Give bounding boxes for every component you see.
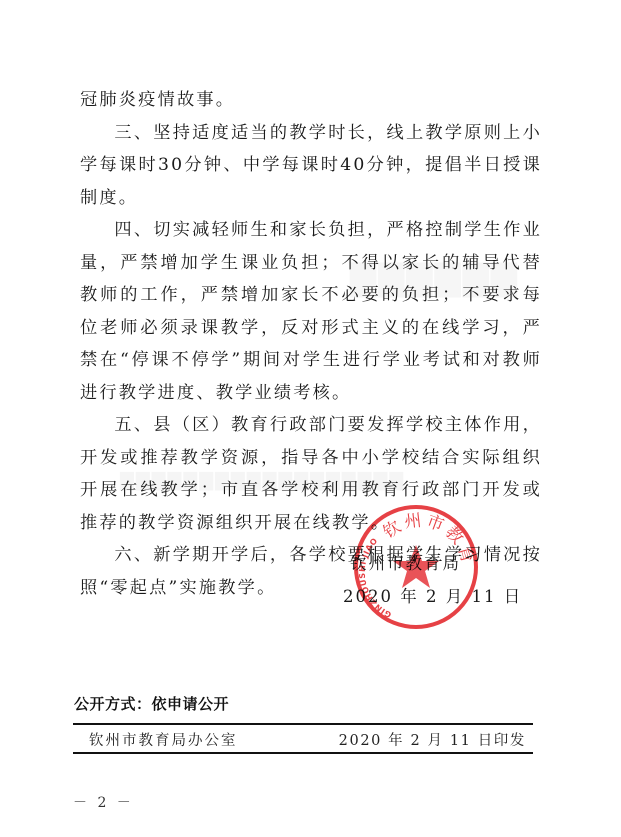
paragraph: 冠肺炎疫情故事。: [80, 84, 542, 117]
footer-divider-bottom: [73, 752, 533, 754]
official-seal-icon: 钦州市教育局 GINZHOUSHI JIAOYUJU: [352, 503, 480, 631]
issuing-office: 钦州市教育局办公室: [89, 729, 238, 750]
issue-date: 2020 年 2 月 11 日印发: [339, 729, 526, 750]
page-number: － 2 －: [73, 792, 134, 812]
document-page: ▇▇▇▇▇▇ ▇▇▇▇▇▇▇▇▇▇▇▇▇▇▇▇▇▇ 冠肺炎疫情故事。 三、坚持适…: [0, 0, 621, 837]
footer-divider-top: [73, 723, 533, 725]
disclosure-method: 公开方式：依申请公开: [74, 693, 229, 714]
paragraph: 三、坚持适度适当的教学时长，线上教学原则上小学每课时30分钟、中学每课时40分钟…: [80, 117, 542, 215]
paragraph: 四、切实减轻师生和家长负担，严格控制学生作业量，严禁增加学生课业负担；不得以家长…: [80, 214, 542, 409]
